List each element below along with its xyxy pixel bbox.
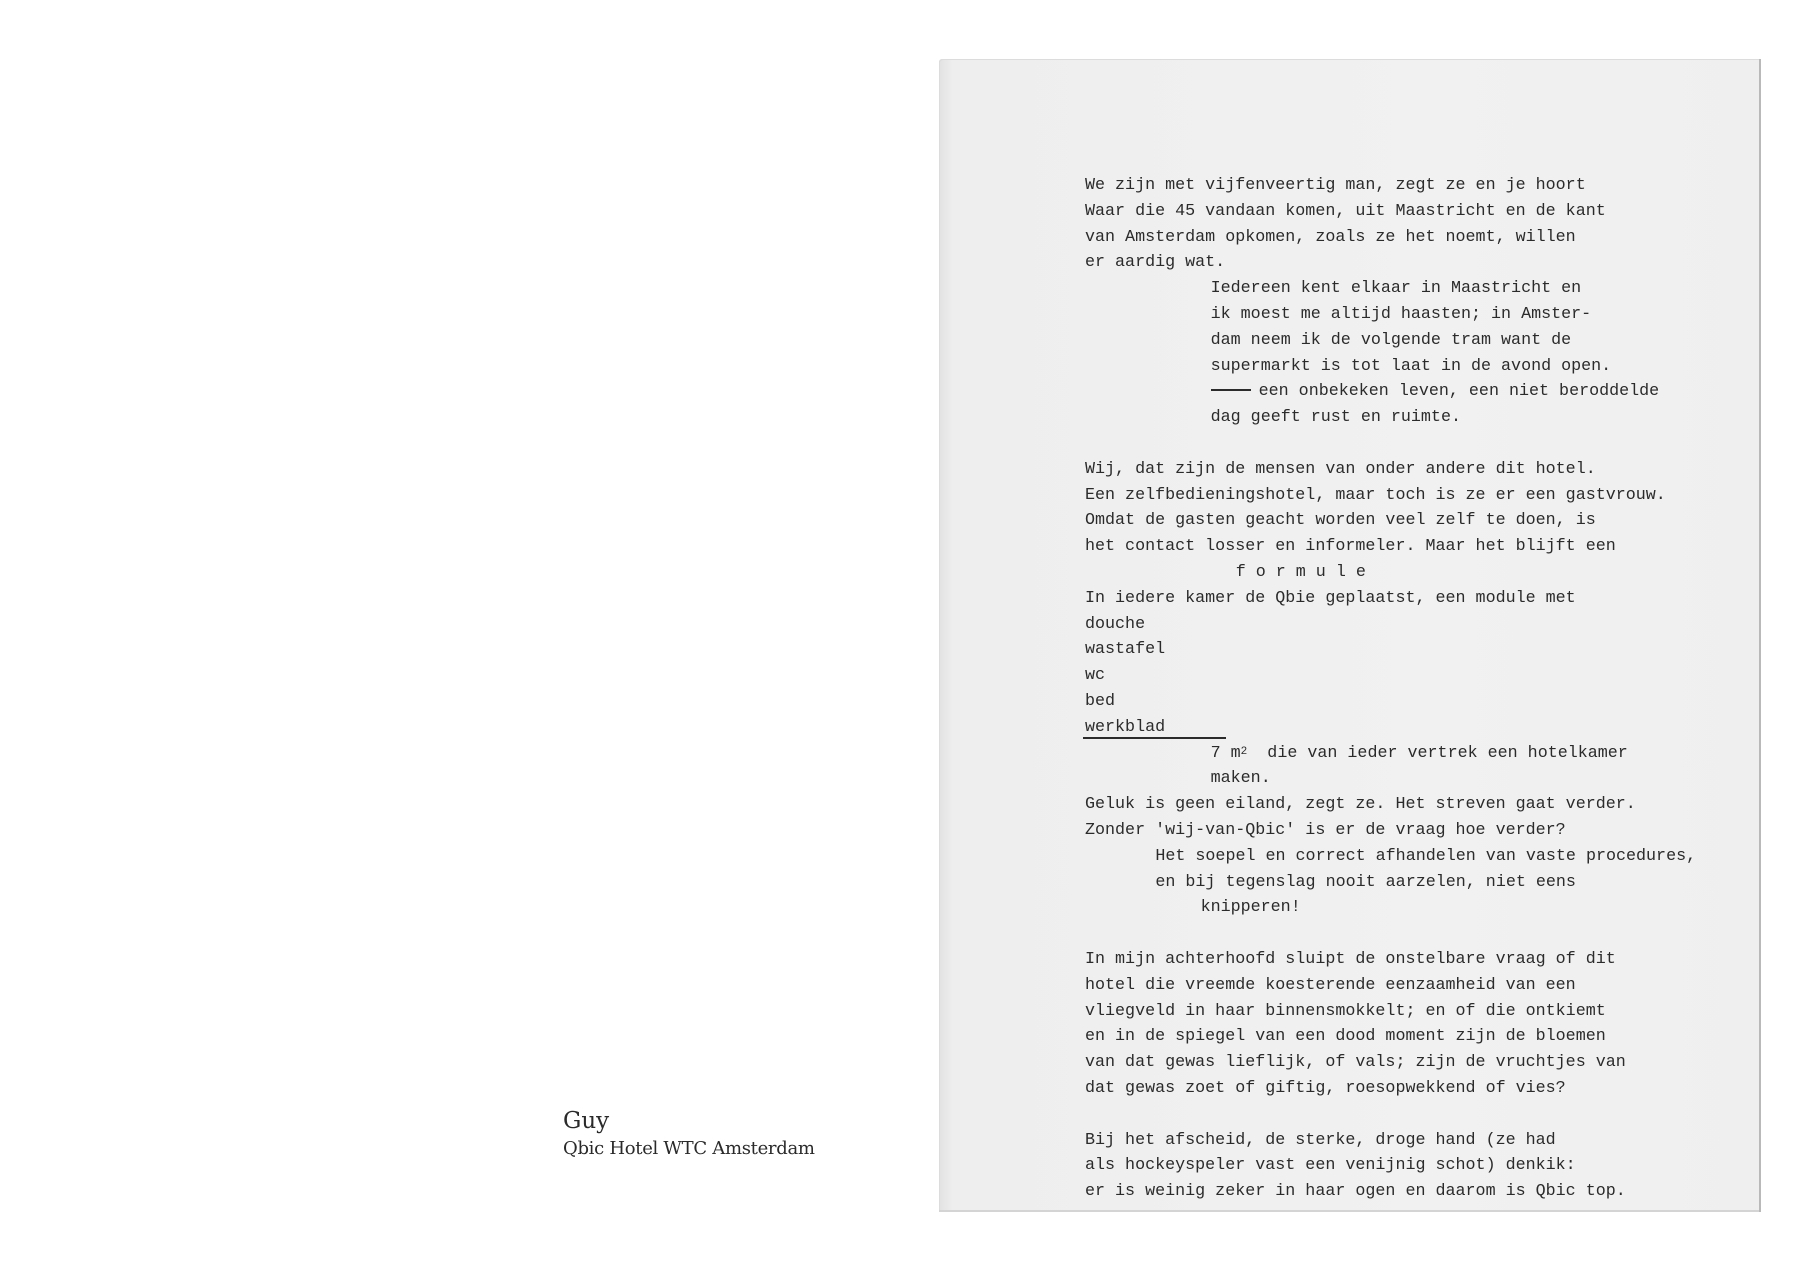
typescript-line: als hockeyspeler vast een venijnig schot…: [1085, 1156, 1576, 1176]
typescript-line: dag geeft rust en ruimte.: [1211, 408, 1461, 428]
typescript-line: Omdat de gasten geacht worden veel zelf …: [1085, 511, 1596, 531]
typescript-line: het contact losser en informeler. Maar h…: [1085, 537, 1616, 557]
typescript-line: Een zelfbedieningshotel, maar toch is ze…: [1085, 486, 1666, 506]
typescript-line: werkblad: [1085, 718, 1165, 738]
typescript-line: ik moest me altijd haasten; in Amster-: [1211, 305, 1592, 325]
typescript-line: knipperen!: [1201, 898, 1301, 918]
typescript-line: In iedere kamer de Qbie geplaatst, een m…: [1085, 589, 1576, 609]
typescript-line: en in de spiegel van een dood moment zij…: [1085, 1027, 1606, 1047]
typescript-line: douche: [1085, 615, 1145, 635]
typescript-text: We zijn met vijfenveertig man, zegt ze e…: [0, 0, 1800, 1271]
typescript-line: maken.: [1211, 769, 1271, 789]
typescript-line: dam neem ik de volgende tram want de: [1211, 331, 1572, 351]
typescript-line: Wij, dat zijn de mensen van onder andere…: [1085, 460, 1596, 480]
typescript-line: hotel die vreemde koesterende eenzaamhei…: [1085, 976, 1576, 996]
typescript-line: Bij het afscheid, de sterke, droge hand …: [1085, 1131, 1556, 1151]
typescript-line: dat gewas zoet of giftig, roesopwekkend …: [1085, 1079, 1566, 1099]
typescript-line: formule: [1236, 563, 1376, 583]
typescript-line: Waar die 45 vandaan komen, uit Maastrich…: [1085, 202, 1606, 222]
typescript-line: van dat gewas lieflijk, of vals; zijn de…: [1085, 1053, 1626, 1073]
typescript-line: Het soepel en correct afhandelen van vas…: [1155, 847, 1696, 867]
typescript-line: wastafel: [1085, 640, 1165, 660]
typescript-line: er is weinig zeker in haar ogen en daaro…: [1085, 1182, 1626, 1202]
typescript-line: supermarkt is tot laat in de avond open.: [1211, 357, 1612, 377]
typescript-line: In mijn achterhoofd sluipt de onstelbare…: [1085, 950, 1616, 970]
typescript-line: Geluk is geen eiland, zegt ze. Het strev…: [1085, 795, 1636, 815]
typescript-line: 7 m2 die van ieder vertrek een hotelkame…: [1211, 744, 1628, 764]
superscript: 2: [1241, 746, 1248, 758]
typescript-line: vliegveld in haar binnensmokkelt; en of …: [1085, 1002, 1606, 1022]
typescript-line: Zonder 'wij-van-Qbic' is er de vraag hoe…: [1085, 821, 1566, 841]
typescript-line: wc: [1085, 666, 1105, 686]
typescript-line: We zijn met vijfenveertig man, zegt ze e…: [1085, 176, 1586, 196]
typescript-line: er aardig wat.: [1085, 253, 1225, 273]
typescript-line: en bij tegenslag nooit aarzelen, niet ee…: [1155, 873, 1576, 893]
typescript-line: van Amsterdam opkomen, zoals ze het noem…: [1085, 228, 1576, 248]
typescript-line: een onbekeken leven, een niet beroddelde: [1211, 382, 1660, 402]
typescript-line: Iedereen kent elkaar in Maastricht en: [1211, 279, 1582, 299]
typescript-line: bed: [1085, 692, 1115, 712]
em-dash-rule: [1211, 389, 1251, 391]
